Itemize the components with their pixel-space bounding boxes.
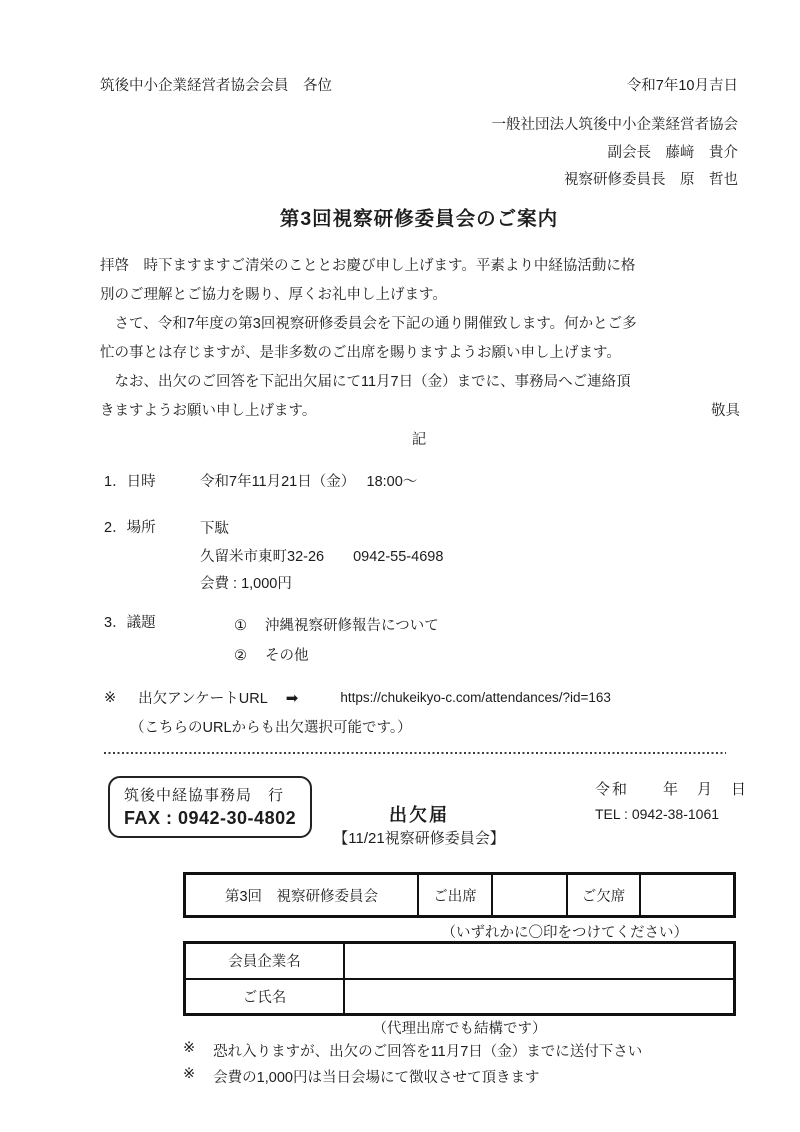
body-line: 忙の事とは存じますが、是非多数のご出席を賜りますようお願い申し上げます。 (100, 339, 740, 368)
recipient-line: 筑後中小企業経営者協会会員 各位 (100, 74, 332, 95)
survey-url-label: 出欠アンケートURL (138, 687, 268, 708)
attendance-event-cell: 第3回 視察研修委員会 (186, 875, 417, 915)
agenda-list: ① 沖縄視察研修報告について ② その他 (234, 611, 439, 671)
note-deadline: ※ 恐れ入りますが、出欠のご回答を11月7日（金）までに送付下さい (183, 1040, 642, 1061)
body-last-line: きますようお願い申し上げます。 敬具 (100, 397, 740, 426)
item-datetime: 1．日時 令和7年11月21日（金） 18:00～ (104, 470, 417, 491)
body-line: きますようお願い申し上げます。 (100, 397, 316, 426)
issue-date: 令和7年10月吉日 (627, 74, 738, 95)
sender-org: 一般社団法人筑後中小企業経営者協会 (492, 112, 739, 140)
attend-label-cell: ご出席 (417, 875, 491, 915)
page-title: 第3回視察研修委員会のご案内 (100, 203, 738, 231)
reply-form-subtitle: 【11/21視察研修委員会】 (100, 827, 738, 848)
venue-address: 久留米市東町32-26 0942-55-4698 (200, 544, 443, 572)
reference-mark: ※ (183, 1040, 195, 1061)
sender-block: 一般社団法人筑後中小企業経営者協会 副会長 藤﨑 貴介 視察研修委員長 原 哲也 (492, 112, 739, 195)
tel-number: TEL : 0942-38-1061 (595, 806, 719, 822)
item-place-value: 下駄 久留米市東町32-26 0942-55-4698 会費 : 1,000円 (200, 516, 443, 599)
name-value-cell[interactable] (343, 980, 733, 1014)
right-arrow-icon: ➡ (286, 689, 299, 707)
survey-url-line: ※ 出欠アンケートURL ➡ https://chukeikyo-c.com/a… (104, 687, 611, 708)
member-info-table: 会員企業名 ご氏名 (183, 941, 736, 1016)
item-place: 2．場所 下駄 久留米市東町32-26 0942-55-4698 会費 : 1,… (104, 516, 443, 599)
reply-date-blank: 令和 年 月 日 (595, 778, 748, 799)
survey-url-link[interactable]: https://chukeikyo-c.com/attendances/?id=… (340, 690, 611, 705)
body-line: さて、令和7年度の第3回視察研修委員会を下記の通り開催致します。何かとご多 (100, 310, 740, 339)
cutoff-dotted-divider (104, 752, 726, 754)
reference-mark: ※ (104, 690, 116, 706)
attend-mark-cell[interactable] (491, 875, 566, 915)
agenda-item-2-text: その他 (265, 641, 309, 671)
body-line: 別のご理解とご協力を賜り、厚くお礼申し上げます。 (100, 281, 740, 310)
attendance-table-caption: （いずれかに〇印をつけてください） (183, 921, 736, 942)
item-datetime-value: 令和7年11月21日（金） 18:00～ (200, 470, 417, 491)
company-label-cell: 会員企業名 (186, 944, 343, 978)
company-value-cell[interactable] (343, 944, 733, 978)
absent-label-cell: ご欠席 (566, 875, 639, 915)
circled-two-icon: ② (234, 641, 247, 671)
member-info-table-caption: （代理出席でも結構です） (183, 1017, 736, 1038)
body-line: 拝啓 時下ますますご清栄のこととお慶び申し上げます。平素より中経協活動に格 (100, 252, 740, 281)
sender-committee-chair: 視察研修委員長 原 哲也 (492, 167, 739, 195)
note-fee: ※ 会費の1,000円は当日会場にて徴収させて頂きます (183, 1066, 539, 1087)
attendance-table: 第3回 視察研修委員会 ご出席 ご欠席 (183, 872, 736, 918)
agenda-item-2: ② その他 (234, 641, 439, 671)
body-line: なお、出欠のご回答を下記出欠届にて11月7日（金）までに、事務局へご連絡頂 (100, 368, 740, 397)
item-place-label: 2．場所 (104, 516, 200, 599)
note-deadline-text: 恐れ入りますが、出欠のご回答を11月7日（金）までに送付下さい (213, 1040, 642, 1061)
circled-one-icon: ① (234, 611, 247, 641)
letter-body: 拝啓 時下ますますご清栄のこととお慶び申し上げます。平素より中経協活動に格 別の… (100, 252, 740, 426)
letter-header: 筑後中小企業経営者協会会員 各位 令和7年10月吉日 (100, 74, 738, 95)
company-row: 会員企業名 (186, 944, 733, 978)
item-agenda-label: 3．議題 (104, 611, 234, 671)
sender-vice-chair: 副会長 藤﨑 貴介 (492, 140, 739, 168)
reference-mark: ※ (183, 1066, 195, 1087)
name-row: ご氏名 (186, 978, 733, 1014)
name-label-cell: ご氏名 (186, 980, 343, 1014)
venue-name: 下駄 (200, 516, 443, 544)
ki-marker: 記 (100, 428, 738, 449)
survey-url-subnote: （こちらのURLからも出欠選択可能です。） (130, 716, 412, 737)
agenda-item-1-text: 沖縄視察研修報告について (265, 611, 439, 641)
note-fee-text: 会費の1,000円は当日会場にて徴収させて頂きます (213, 1066, 539, 1087)
agenda-item-1: ① 沖縄視察研修報告について (234, 611, 439, 641)
venue-fee: 会費 : 1,000円 (200, 571, 443, 599)
closing-keigu: 敬具 (711, 397, 740, 426)
item-agenda: 3．議題 ① 沖縄視察研修報告について ② その他 (104, 611, 439, 671)
item-datetime-label: 1．日時 (104, 470, 200, 491)
document-page: 筑後中小企業経営者協会会員 各位 令和7年10月吉日 一般社団法人筑後中小企業経… (0, 0, 800, 1132)
absent-mark-cell[interactable] (639, 875, 733, 915)
